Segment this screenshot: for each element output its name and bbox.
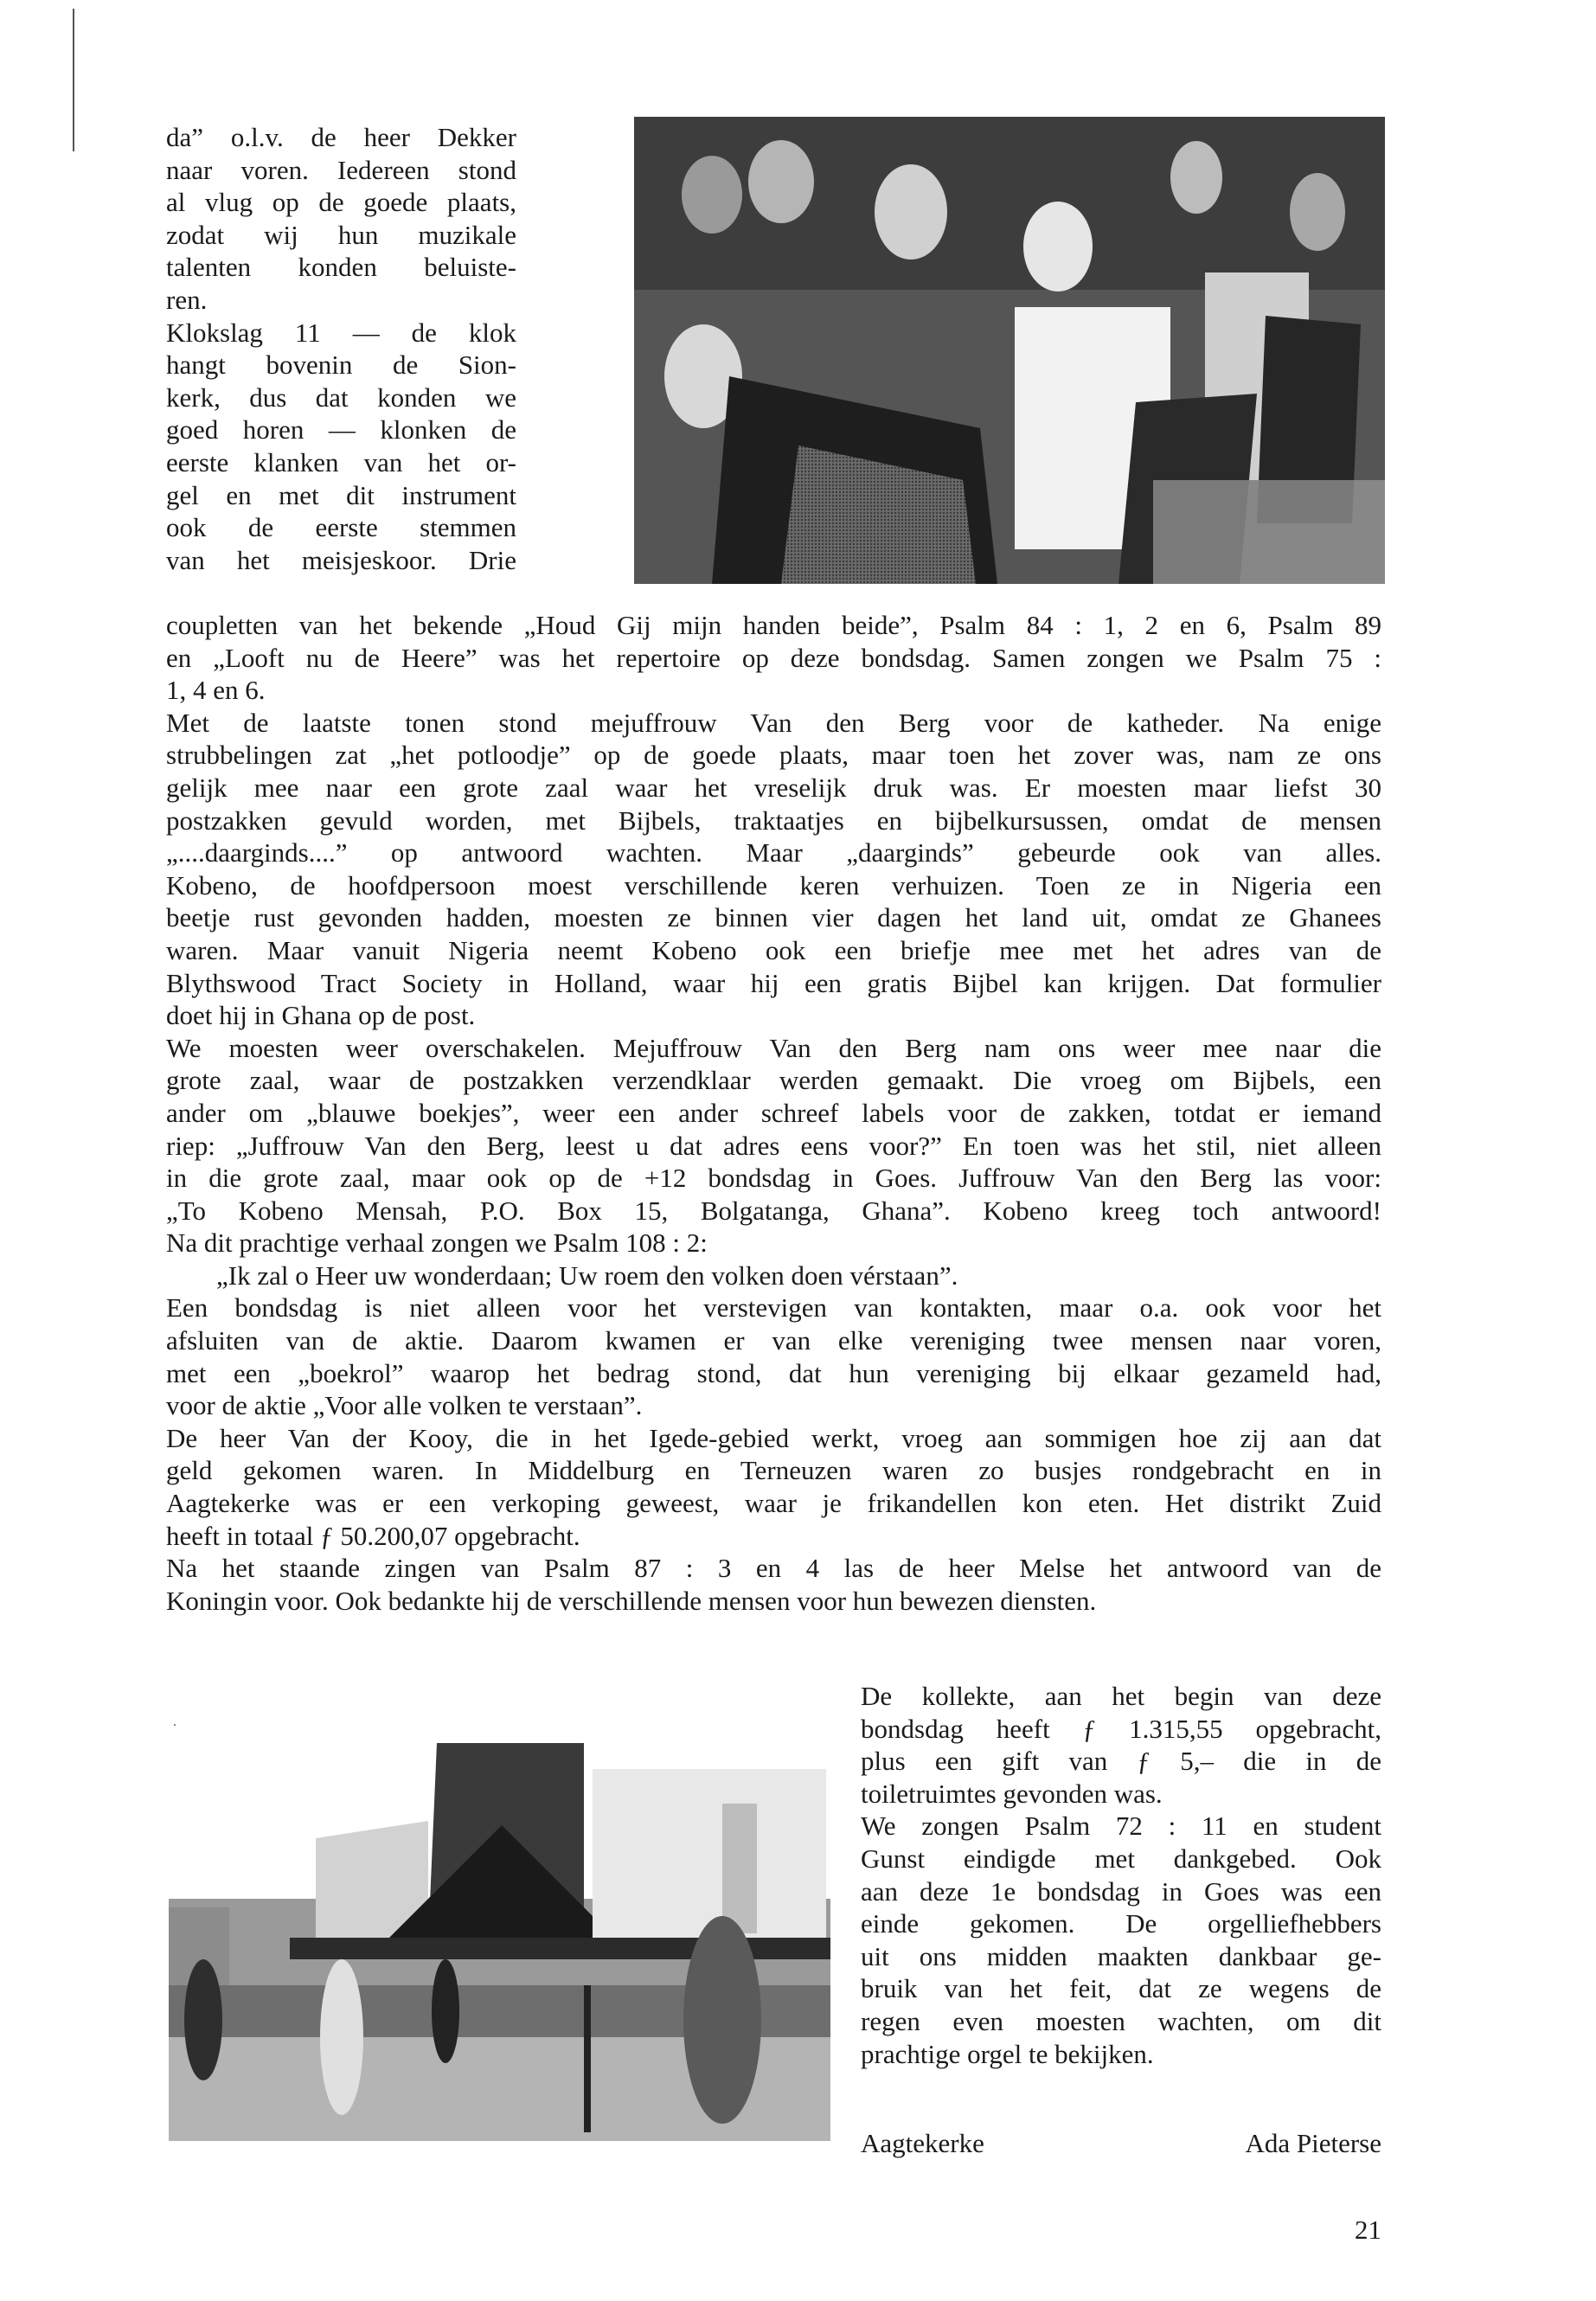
text-line: We zongen Psalm 72 : 11 en student bbox=[861, 1810, 1381, 1843]
text-line: van het meisjeskoor. Drie bbox=[166, 544, 516, 577]
text-line: De heer Van der Kooy, die in het Igede-g… bbox=[166, 1422, 1381, 1455]
text-line: waren. Maar vanuit Nigeria neemt Kobeno … bbox=[166, 934, 1381, 967]
text-line: zodat wij hun muzikale bbox=[166, 219, 516, 252]
signature: Aagtekerke Ada Pieterse bbox=[861, 2128, 1381, 2159]
text-line: strubbelingen zat „het potloodje” op de … bbox=[166, 739, 1381, 772]
text-line: met een „boekrol” waarop het bedrag ston… bbox=[166, 1357, 1381, 1390]
text-line: Gunst eindigde met dankgebed. Ook bbox=[861, 1843, 1381, 1875]
text-line: ook de eerste stemmen bbox=[166, 511, 516, 544]
text-line: We moesten weer overschakelen. Mejuffrou… bbox=[166, 1032, 1381, 1065]
text-line: coupletten van het bekende „Houd Gij mij… bbox=[166, 609, 1381, 642]
text-line: regen even moesten wachten, om dit bbox=[861, 2005, 1381, 2038]
text-line: beetje rust gevonden hadden, moesten ze … bbox=[166, 901, 1381, 934]
text-line: uit ons midden maakten dankbaar ge- bbox=[861, 1940, 1381, 1973]
text-line: postzakken gevuld worden, met Bijbels, t… bbox=[166, 804, 1381, 837]
right-text-column: De kollekte, aan het begin van dezebonds… bbox=[861, 1680, 1381, 2070]
text-line: naar voren. Iedereen stond bbox=[166, 154, 516, 187]
text-line: „Ik zal o Heer uw wonderdaan; Uw roem de… bbox=[166, 1259, 1381, 1292]
narrow-text-column: da” o.l.v. de heer Dekkernaar voren. Ied… bbox=[166, 121, 516, 576]
text-line: De kollekte, aan het begin van deze bbox=[861, 1680, 1381, 1713]
text-line: ander om „blauwe boekjes”, weer een ande… bbox=[166, 1097, 1381, 1130]
text-line: riep: „Juffrouw Van den Berg, leest u da… bbox=[166, 1130, 1381, 1163]
choir-photo bbox=[634, 117, 1385, 584]
text-line: toiletruimtes gevonden was. bbox=[861, 1778, 1381, 1811]
text-line: einde gekomen. De orgelliefhebbers bbox=[861, 1907, 1381, 1940]
text-line: gel en met dit instrument bbox=[166, 479, 516, 512]
text-line: Met de laatste tonen stond mejuffrouw Va… bbox=[166, 707, 1381, 740]
text-line: Een bondsdag is niet alleen voor het ver… bbox=[166, 1292, 1381, 1324]
text-line: Kobeno, de hoofdpersoon moest verschille… bbox=[166, 869, 1381, 902]
text-line: doet hij in Ghana op de post. bbox=[166, 999, 1381, 1032]
text-line: en „Looft nu de Heere” was het repertoir… bbox=[166, 642, 1381, 675]
signature-place: Aagtekerke bbox=[861, 2128, 984, 2159]
scan-edge-line bbox=[73, 9, 74, 151]
text-line: talenten konden beluiste- bbox=[166, 251, 516, 284]
text-line: „To Kobeno Mensah, P.O. Box 15, Bolgatan… bbox=[166, 1195, 1381, 1227]
text-line: Blythswood Tract Society in Holland, waa… bbox=[166, 967, 1381, 1000]
text-line: in die grote zaal, maar ook op de +12 bo… bbox=[166, 1162, 1381, 1195]
signature-author: Ada Pieterse bbox=[1245, 2128, 1381, 2159]
text-line: eerste klanken van het or- bbox=[166, 446, 516, 479]
text-line: goed horen — klonken de bbox=[166, 413, 516, 446]
text-line: aan deze 1e bondsdag in Goes was een bbox=[861, 1875, 1381, 1908]
text-line: Na het staande zingen van Psalm 87 : 3 e… bbox=[166, 1552, 1381, 1585]
text-line: afsluiten van de aktie. Daarom kwamen er… bbox=[166, 1324, 1381, 1357]
text-line: geld gekomen waren. In Middelburg en Ter… bbox=[166, 1454, 1381, 1487]
text-line: Koningin voor. Ook bedankte hij de versc… bbox=[166, 1585, 1381, 1618]
text-line: Klokslag 11 — de klok bbox=[166, 317, 516, 349]
text-line: Aagtekerke was er een verkoping geweest,… bbox=[166, 1487, 1381, 1520]
text-line: voor de aktie „Voor alle volken te verst… bbox=[166, 1389, 1381, 1422]
text-line: Na dit prachtige verhaal zongen we Psalm… bbox=[166, 1227, 1381, 1259]
text-line: prachtige orgel te bekijken. bbox=[861, 2038, 1381, 2071]
text-line: bruik van het feit, dat ze wegens de bbox=[861, 1972, 1381, 2005]
text-line: da” o.l.v. de heer Dekker bbox=[166, 121, 516, 154]
text-line: bondsdag heeft ƒ 1.315,55 opgebracht, bbox=[861, 1713, 1381, 1746]
text-line: gelijk mee naar een grote zaal waar het … bbox=[166, 772, 1381, 804]
church-exterior-photo bbox=[169, 1726, 830, 2141]
page-number: 21 bbox=[1332, 2214, 1381, 2246]
church-exterior-photo-image bbox=[169, 1726, 830, 2141]
text-line: „....daarginds....” op antwoord wachten.… bbox=[166, 836, 1381, 869]
text-line: plus een gift van ƒ 5,– die in de bbox=[861, 1745, 1381, 1778]
text-line: ren. bbox=[166, 284, 516, 317]
full-width-text-column: coupletten van het bekende „Houd Gij mij… bbox=[166, 609, 1381, 1617]
text-line: al vlug op de goede plaats, bbox=[166, 186, 516, 219]
choir-photo-image bbox=[634, 117, 1385, 584]
text-line: grote zaal, waar de postzakken verzendkl… bbox=[166, 1064, 1381, 1097]
text-line: 1, 4 en 6. bbox=[166, 674, 1381, 707]
text-line: hangt bovenin de Sion- bbox=[166, 349, 516, 381]
text-line: kerk, dus dat konden we bbox=[166, 381, 516, 414]
text-line: heeft in totaal ƒ 50.200,07 opgebracht. bbox=[166, 1520, 1381, 1553]
